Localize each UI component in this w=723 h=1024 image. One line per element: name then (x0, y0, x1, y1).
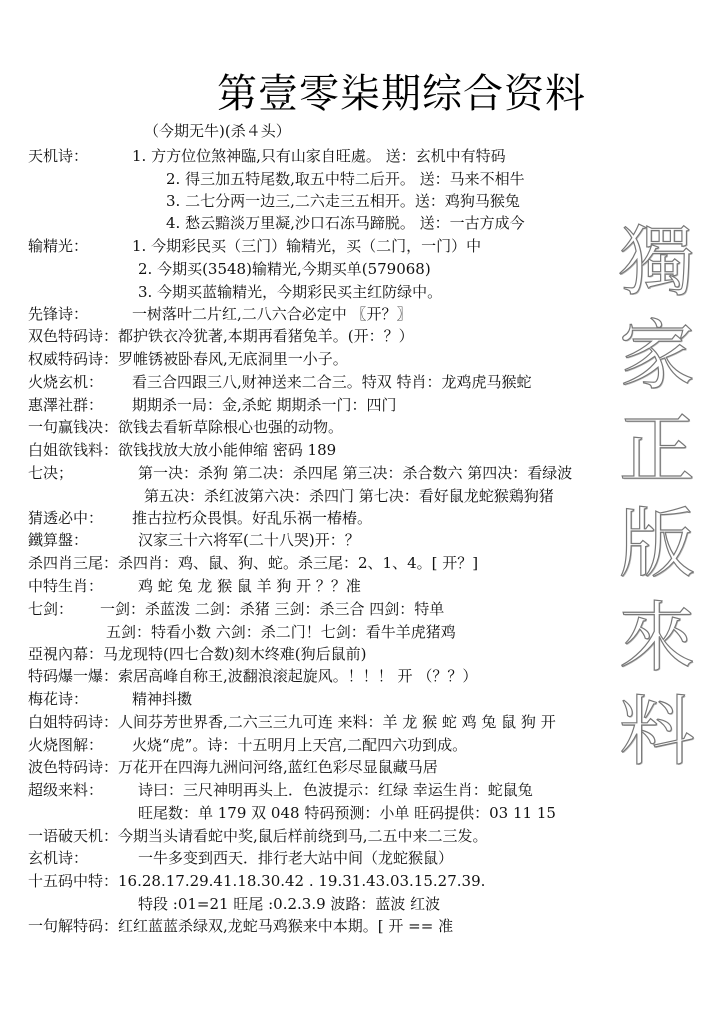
content-row: 一句赢钱决：欲钱去看斩草除根心也强的动物。 (28, 417, 343, 437)
row-label: 权威特码诗： (28, 349, 118, 369)
watermark-char: 家 (612, 309, 702, 403)
content-row: 先锋诗：一树落叶二片红,二八六合必定中 〖开？〗 (28, 304, 412, 324)
content-row: 波色特码诗：万花开在四海九洲问河络,蓝红色彩尽显鼠藏马居 (28, 757, 438, 777)
row-text: 一树落叶二片红,二八六合必定中 〖开？〗 (132, 305, 412, 323)
row-text: 16.28.17.29.41.18.30.42 . 19.31.43.03.15… (118, 872, 485, 890)
content-row: 特段 :01=21 旺尾 :0.2.3.9 波路：蓝波 红波 (28, 894, 440, 914)
content-row: 输精光：1. 今期彩民买（三门）输精光，买（二门，一门）中 (28, 236, 481, 256)
row-text: 五剑：特看小数 六剑：杀二门！七剑：看牛羊虎猪鸡 (106, 623, 456, 641)
page-title: 第壹零柒期综合资料 (0, 62, 723, 119)
row-text: 4. 愁云黯淡万里凝,沙口石冻马蹄脱。 送：一古方成今 (166, 214, 525, 232)
row-text: 1. 方方位位煞神臨,只有山家自旺處。 送：玄机中有特码 (132, 147, 506, 165)
row-text: 火烧“虎”。诗：十五明月上天宫,二配四六功到成。 (132, 736, 467, 754)
row-text: 万花开在四海九洲问河络,蓝红色彩尽显鼠藏马居 (118, 758, 438, 776)
watermark-char: 正 (612, 403, 702, 497)
row-label: 梅花诗： (28, 689, 132, 709)
row-text: 推古拉朽众畏惧。好乱乐祸一椿椿。 (132, 509, 372, 527)
row-label: 先锋诗： (28, 304, 132, 324)
content-row: 七剑：一剑：杀蓝泼 二剑：杀猪 三剑：杀三合 四剑：特单 (28, 599, 444, 619)
row-text: 看三合四跟三八,财神送来二合三。特双 特肖：龙鸡虎马猴蛇 (132, 373, 532, 391)
row-label: 火烧玄机： (28, 372, 132, 392)
content-row: 2. 今期买(3548)输精光,今期买单(579068) (28, 259, 431, 279)
content-row: 五剑：特看小数 六剑：杀二门！七剑：看牛羊虎猪鸡 (28, 622, 456, 642)
row-label: 白姐欲钱料： (28, 440, 118, 460)
row-text: 索居高峰自称王,波翻浪滚起旋风。！！！ 开 （？？） (118, 667, 477, 685)
row-text: 红红蓝蓝杀绿双,龙蛇马鸡猴来中本期。[ 开 == 准 (118, 917, 453, 935)
content-row: 中特生肖：鸡 蛇 兔 龙 猴 鼠 羊 狗 开 ？？准 (28, 576, 361, 596)
row-label: 白姐特码诗： (28, 712, 118, 732)
content-row: 火烧玄机：看三合四跟三八,财神送来二合三。特双 特肖：龙鸡虎马猴蛇 (28, 372, 532, 392)
content-row: 鐵算盤：汉家三十六将军(二十八哭)开：？ (28, 530, 360, 550)
content-row: 十五码中特：16.28.17.29.41.18.30.42 . 19.31.43… (28, 871, 485, 891)
row-text: 一牛多变到西天．排行老大站中间（龙蛇猴鼠） (138, 849, 453, 867)
content-row: 火烧图解：火烧“虎”。诗：十五明月上天宫,二配四六功到成。 (28, 735, 467, 755)
row-label: 一语破天机： (28, 826, 118, 846)
row-label: 七决； (28, 463, 138, 483)
content-row: 亞視內幕：马龙现特(四七合数)刻木终难(狗后鼠前) (28, 644, 366, 664)
row-label: 一句解特码： (28, 916, 118, 936)
row-text: 罗帷锈被卧春风,无底洞里一小子。 (118, 350, 348, 368)
content-row: 猜透必中：推古拉朽众畏惧。好乱乐祸一椿椿。 (28, 508, 372, 528)
row-text: 2. 今期买(3548)输精光,今期买单(579068) (138, 260, 431, 278)
content-row: 权威特码诗：罗帷锈被卧春风,无底洞里一小子。 (28, 349, 348, 369)
row-text: 第五决：杀红波第六决：杀四门 第七决：看好鼠龙蛇猴鶏狗猪 (144, 487, 554, 505)
row-label: 火烧图解： (28, 735, 132, 755)
row-text: 1. 今期彩民买（三门）输精光，买（二门，一门）中 (132, 237, 481, 255)
row-label: 惠澤社群： (28, 395, 132, 415)
row-label: 鐵算盤： (28, 530, 138, 550)
content-row: 天机诗：1. 方方位位煞神臨,只有山家自旺處。 送：玄机中有特码 (28, 146, 506, 166)
row-text: 第一决：杀狗 第二决：杀四尾 第三决：杀合数六 第四决：看绿波 (138, 464, 572, 482)
row-label: 七剑： (28, 599, 100, 619)
row-text: 都护铁衣冷犹著,本期再看猪兔羊。(开：？） (118, 327, 414, 345)
row-label: 超级来料： (28, 780, 138, 800)
row-label: 波色特码诗： (28, 757, 118, 777)
content-row: 旺尾数：单 179 双 048 特码预测：小单 旺码提供：03 11 15 (28, 803, 556, 823)
row-text: 欲钱去看斩草除根心也强的动物。 (118, 418, 343, 436)
watermark-char: 獨 (612, 215, 702, 309)
row-text: 诗曰：三尺神明再头上．色波提示：红绿 幸运生肖：蛇鼠兔 (138, 781, 533, 799)
row-label: 输精光： (28, 236, 132, 256)
content-row: 梅花诗：精神抖擞 (28, 689, 192, 709)
row-text: 精神抖擞 (132, 690, 192, 708)
content-row: 玄机诗：一牛多变到西天．排行老大站中间（龙蛇猴鼠） (28, 848, 453, 868)
content-row: 七决；第一决：杀狗 第二决：杀四尾 第三决：杀合数六 第四决：看绿波 (28, 463, 572, 483)
row-text: 期期杀一局：金,杀蛇 期期杀一门：四门 (132, 396, 397, 414)
watermark-char: 料 (612, 685, 702, 779)
content-row: 双色特码诗：都护铁衣冷犹著,本期再看猪兔羊。(开：？） (28, 326, 414, 346)
row-text: 特段 :01=21 旺尾 :0.2.3.9 波路：蓝波 红波 (138, 895, 440, 913)
content-row: 3. 今期买蓝输精光，今期彩民买主红防绿中。 (28, 282, 442, 302)
row-label: 特码爆一爆： (28, 666, 118, 686)
row-text: 3. 二七分两一边三,二六走三五相开。送：鸡狗马猴兔 (166, 192, 520, 210)
content-row: 4. 愁云黯淡万里凝,沙口石冻马蹄脱。 送：一古方成今 (28, 213, 525, 233)
row-text: 今期当头请看蛇中奖,鼠后样前绕到马,二五中来二三发。 (118, 827, 488, 845)
row-text: 一剑：杀蓝泼 二剑：杀猪 三剑：杀三合 四剑：特单 (100, 600, 444, 618)
row-text: 人间芬芳世界香,二六三三九可连 来料：羊 龙 猴 蛇 鸡 兔 鼠 狗 开 (118, 713, 556, 731)
content-row: 白姐特码诗：人间芬芳世界香,二六三三九可连 来料：羊 龙 猴 蛇 鸡 兔 鼠 狗… (28, 712, 556, 732)
subtitle-note: （今期无牛)(杀４头） (144, 120, 291, 141)
watermark-vertical: 獨 家 正 版 來 料 (612, 215, 702, 779)
row-text: 杀四肖：鸡、鼠、狗、蛇。杀三尾：2、1、4。[ 开？] (118, 554, 478, 572)
content-row: 3. 二七分两一边三,二六走三五相开。送：鸡狗马猴兔 (28, 191, 520, 211)
row-label: 亞視內幕： (28, 644, 103, 664)
row-text: 旺尾数：单 179 双 048 特码预测：小单 旺码提供：03 11 15 (138, 804, 556, 822)
row-label: 十五码中特： (28, 871, 118, 891)
content-row: 一句解特码：红红蓝蓝杀绿双,龙蛇马鸡猴来中本期。[ 开 == 准 (28, 916, 453, 936)
row-label: 中特生肖： (28, 576, 138, 596)
row-label: 杀四肖三尾： (28, 553, 118, 573)
row-text: 鸡 蛇 兔 龙 猴 鼠 羊 狗 开 ？？准 (138, 577, 361, 595)
content-row: 一语破天机：今期当头请看蛇中奖,鼠后样前绕到马,二五中来二三发。 (28, 826, 488, 846)
row-text: 马龙现特(四七合数)刻木终难(狗后鼠前) (103, 645, 366, 663)
row-label: 双色特码诗： (28, 326, 118, 346)
row-label: 玄机诗： (28, 848, 138, 868)
content-row: 特码爆一爆：索居高峰自称王,波翻浪滚起旋风。！！！ 开 （？？） (28, 666, 477, 686)
row-text: 汉家三十六将军(二十八哭)开：？ (138, 531, 360, 549)
content-row: 杀四肖三尾：杀四肖：鸡、鼠、狗、蛇。杀三尾：2、1、4。[ 开？] (28, 553, 478, 573)
row-text: 3. 今期买蓝输精光，今期彩民买主红防绿中。 (138, 283, 442, 301)
content-row: 2. 得三加五特尾数,取五中特二后开。 送：马来不相牛 (28, 169, 525, 189)
row-text: 欲钱找放大放小能伸缩 密码 189 (118, 441, 336, 459)
row-label: 猜透必中： (28, 508, 132, 528)
watermark-char: 來 (612, 591, 702, 685)
content-row: 白姐欲钱料：欲钱找放大放小能伸缩 密码 189 (28, 440, 336, 460)
content-row: 惠澤社群：期期杀一局：金,杀蛇 期期杀一门：四门 (28, 395, 397, 415)
row-label: 一句赢钱决： (28, 417, 118, 437)
content-row: 超级来料：诗曰：三尺神明再头上．色波提示：红绿 幸运生肖：蛇鼠兔 (28, 780, 533, 800)
row-text: 2. 得三加五特尾数,取五中特二后开。 送：马来不相牛 (166, 170, 525, 188)
watermark-char: 版 (612, 497, 702, 591)
content-row: 第五决：杀红波第六决：杀四门 第七决：看好鼠龙蛇猴鶏狗猪 (28, 486, 554, 506)
row-label: 天机诗： (28, 146, 132, 166)
